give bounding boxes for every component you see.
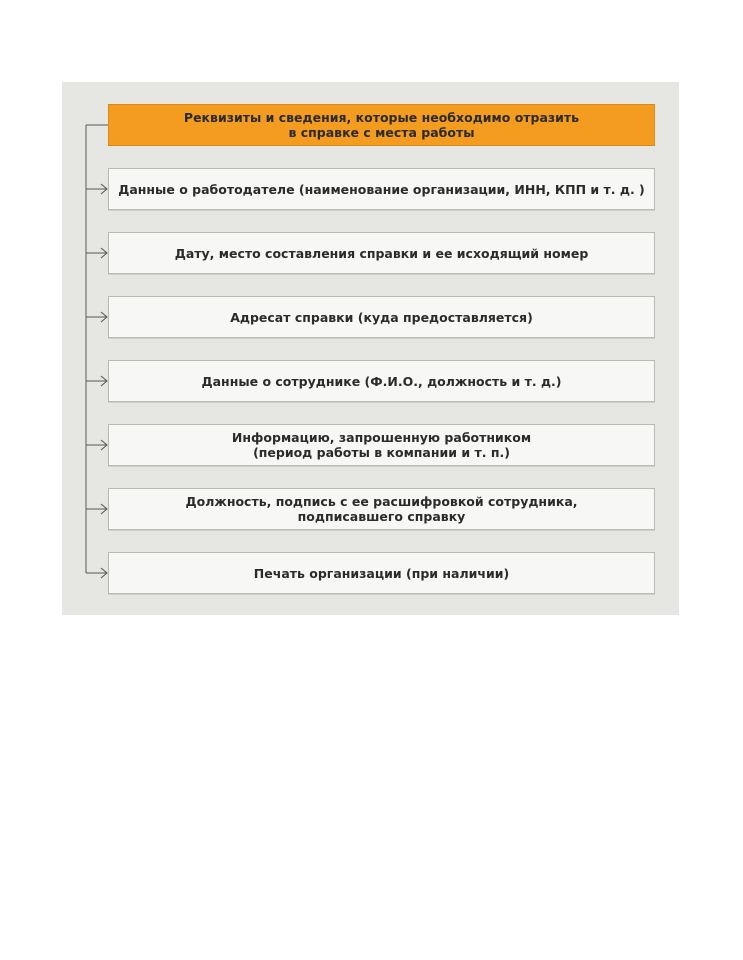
diagram-panel: Реквизиты и сведения, которые необходимо…	[62, 82, 679, 615]
connector-lines	[62, 82, 679, 615]
item-box: Адресат справки (куда предоставляется)	[108, 296, 655, 338]
item-box: Информацию, запрошенную работником (пери…	[108, 424, 655, 466]
item-box: Данные о сотруднике (Ф.И.О., должность и…	[108, 360, 655, 402]
item-box: Печать организации (при наличии)	[108, 552, 655, 594]
item-box: Данные о работодателе (наименование орга…	[108, 168, 655, 210]
item-box: Должность, подпись с ее расшифровкой сот…	[108, 488, 655, 530]
item-box: Дату, место составления справки и ее исх…	[108, 232, 655, 274]
diagram-header: Реквизиты и сведения, которые необходимо…	[108, 104, 655, 146]
